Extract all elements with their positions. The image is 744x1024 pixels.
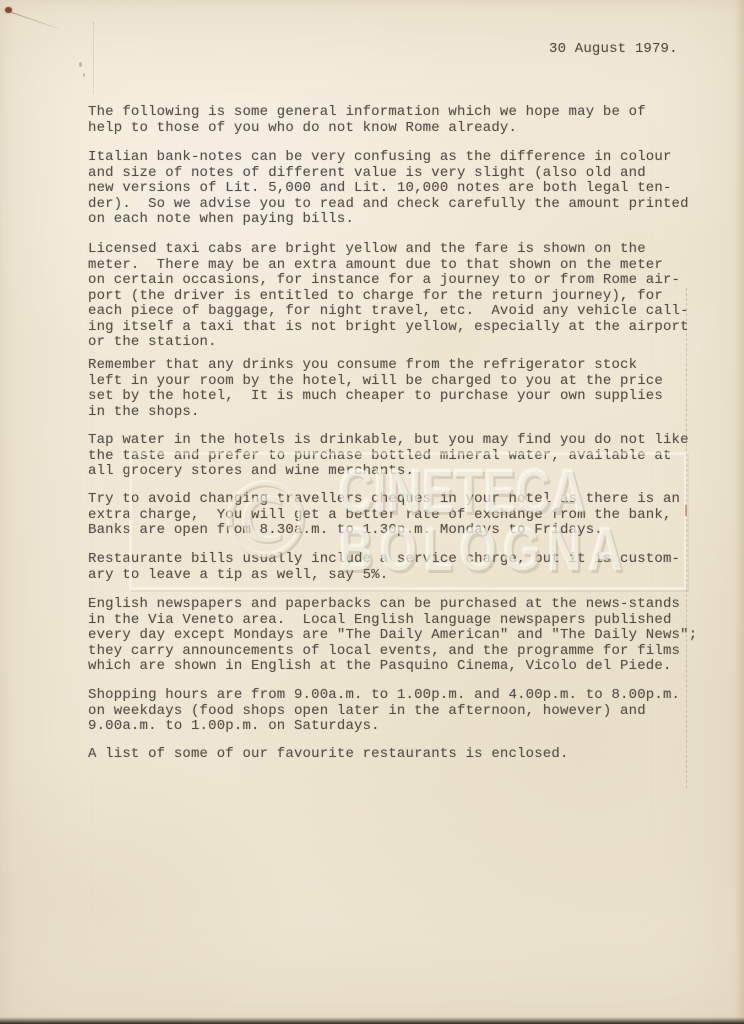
page-bottom-edge — [0, 1017, 744, 1024]
letter-paragraph-enclosure: A list of some of our favourite restaura… — [88, 747, 569, 763]
letter-paragraph-banknotes: Italian bank-notes can be very confusing… — [88, 150, 689, 228]
paper-crease-top — [93, 22, 94, 94]
crease-red-mark — [685, 505, 687, 516]
letter-paragraph-minibar: Remember that any drinks you consume fro… — [88, 358, 663, 420]
letter-date: 30 August 1979. — [549, 42, 678, 58]
letter-paragraph-newspapers: English newspapers and paperbacks can be… — [88, 597, 697, 675]
letter-paragraph-intro: The following is some general informatio… — [88, 105, 646, 136]
letter-paragraph-restaurants: Restaurante bills usually include a serv… — [88, 552, 680, 583]
letter-paragraph-tap-water: Tap water in the hotels is drinkable, bu… — [88, 433, 689, 480]
scanned-letter-page: 30 August 1979. The following is some ge… — [0, 0, 744, 1024]
letter-paragraph-banks: Try to avoid changing travellers cheques… — [88, 492, 680, 539]
ink-speck — [79, 62, 82, 67]
page-edge-shadow — [735, 0, 744, 1024]
scratch-mark — [9, 11, 60, 30]
paper-crease-right — [686, 288, 687, 788]
letter-paragraph-taxis: Licensed taxi cabs are bright yellow and… — [88, 242, 689, 351]
letter-paragraph-shopping: Shopping hours are from 9.00a.m. to 1.00… — [88, 688, 680, 735]
ink-speck — [83, 73, 85, 77]
